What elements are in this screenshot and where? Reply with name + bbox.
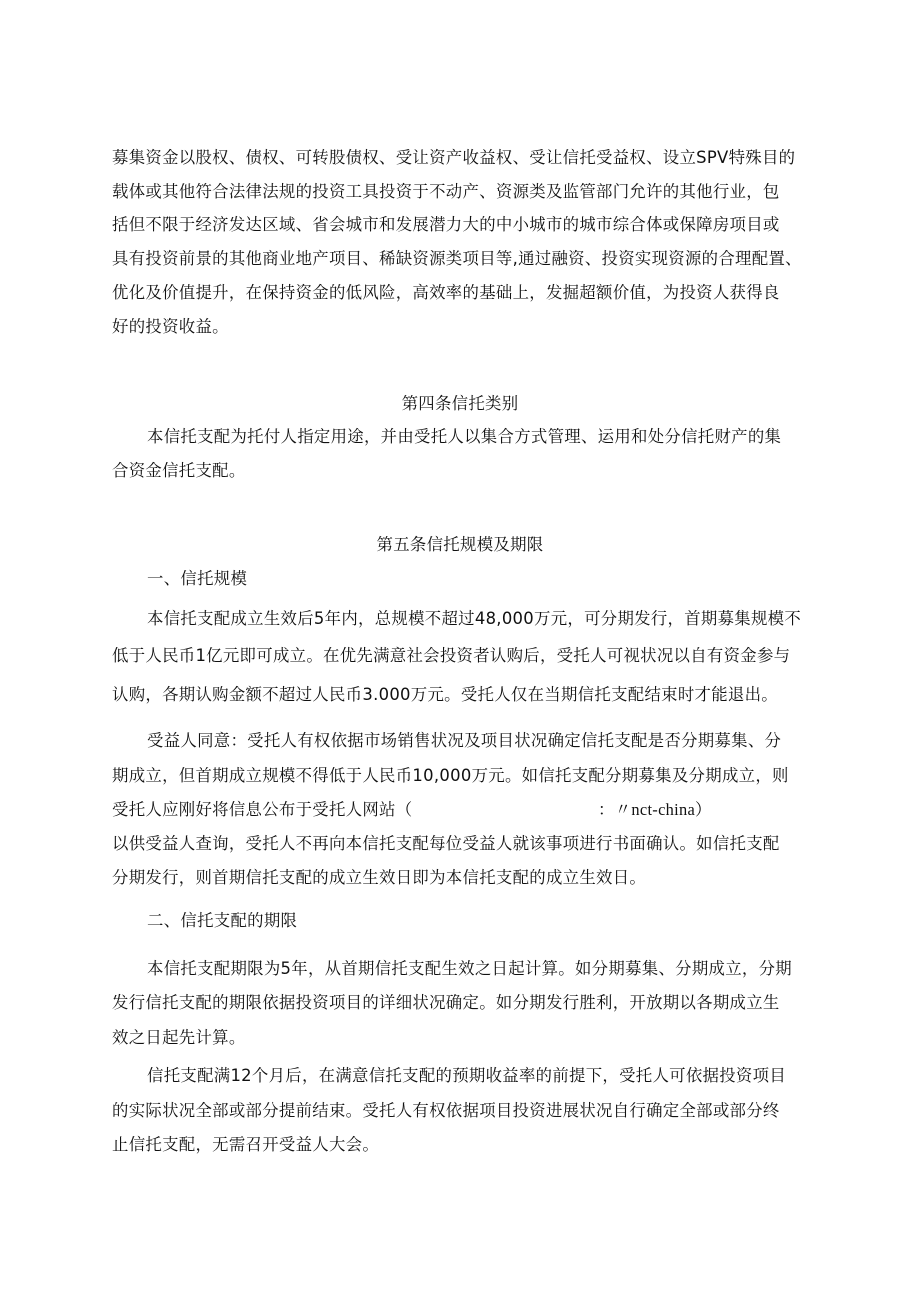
paragraph-line: 募集资金以股权、债权、可转股债权、受让资产收益权、受让信托受益权、设立SPV特殊… [112, 146, 795, 170]
paragraph-line: 本信托支配成立生效后5年内，总规模不超过48,000万元，可分期发行，首期募集规… [147, 607, 801, 631]
paragraph-line: 期成立，但首期成立规模不得低于人民币10,000万元。如信托支配分期募集及分期成… [112, 764, 789, 788]
paragraph-line: 低于人民币1亿元即可成立。在优先满意社会投资者认购后，受托人可视状况以自有资金参… [112, 644, 790, 668]
paragraph-line: 本信托支配期限为5年，从首期信托支配生效之日起计算。如分期募集、分期成立，分期 [147, 957, 792, 981]
paragraph-line: 载体或其他符合法律法规的投资工具投资于不动产、资源类及监管部门允许的其他行业，包 [112, 180, 780, 204]
paragraph-line: 受益人同意：受托人有权依据市场销售状况及项目状况确定信托支配是否分期募集、分 [147, 729, 781, 753]
section-2-heading: 二、信托支配的期限 [147, 909, 297, 933]
paragraph-line: 受托人应刚好将信息公布于受托人网站（ [112, 798, 412, 822]
paragraph-line: 止信托支配，无需召开受益人大会。 [112, 1133, 379, 1157]
paragraph-line: 信托支配满12个月后，在满意信托支配的预期收益率的前提下，受托人可依据投资项目 [147, 1064, 786, 1088]
document-page: 募集资金以股权、债权、可转股债权、受让资产收益权、受让信托受益权、设立SPV特殊… [0, 0, 920, 1301]
paragraph-line: 分期发行，则首期信托支配的成立生效日即为本信托支配的成立生效日。 [112, 866, 646, 890]
paragraph-line: 本信托支配为托付人指定用途，并由受托人以集合方式管理、运用和处分信托财产的集 [147, 425, 781, 449]
paragraph-line: 的实际状况全部或部分提前结束。受托人有权依据项目投资进展状况自行确定全部或部分终 [112, 1099, 780, 1123]
article-5-title: 第五条信托规模及期限 [0, 533, 920, 557]
paragraph-line: 合资金信托支配。 [112, 459, 246, 483]
paragraph-line: 效之日起先计算。 [112, 1026, 246, 1050]
paragraph-line: 认购，各期认购金额不超过人民币3.000万元。受托人仅在当期信托支配结束时才能退… [112, 683, 778, 707]
paragraph-line: 具有投资前景的其他商业地产项目、稀缺资源类项目等,通过融资、投资实现资源的合理配… [112, 247, 802, 271]
paragraph-line: 优化及价值提升，在保持资金的低风险，高效率的基础上，发掘超额价值，为投资人获得良 [112, 281, 780, 305]
paragraph-line: 括但不限于经济发达区域、省会城市和发展潜力大的中小城市的城市综合体或保障房项目或 [112, 213, 780, 237]
website-fragment: ：〃nct-china） [598, 798, 712, 822]
paragraph-line: 以供受益人查询，受托人不再向本信托支配每位受益人就该事项进行书面确认。如信托支配 [112, 832, 780, 856]
paragraph-line: 好的投资收益。 [112, 315, 229, 339]
article-4-title: 第四条信托类别 [0, 392, 920, 416]
section-1-heading: 一、信托规模 [147, 567, 247, 591]
paragraph-line: 发行信托支配的期限依据投资项目的详细状况确定。如分期发行胜利，开放期以各期成立生 [112, 991, 780, 1015]
